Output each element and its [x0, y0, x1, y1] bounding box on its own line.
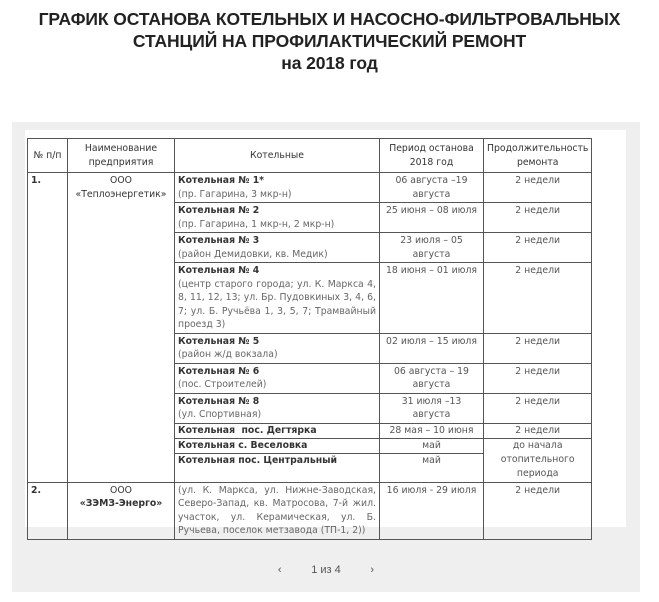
chevron-right-icon: › [370, 564, 374, 576]
document-viewer: № п/п Наименование предприятия Котельные… [12, 122, 640, 592]
header-boilers: Котельные [175, 139, 380, 173]
duration-cell: 2 недели [484, 333, 592, 363]
header-period: Период останова 2018 год [380, 139, 484, 173]
boiler-cell: Котельная пос. Дегтярка [175, 423, 380, 438]
period-cell: 28 мая – 10 июня [380, 423, 484, 438]
schedule-table: № п/п Наименование предприятия Котельные… [27, 138, 592, 540]
duration-cell: 2 недели [484, 263, 592, 334]
duration-cell: 2 недели [484, 233, 592, 263]
pagination: ‹ 1 из 4 › [12, 558, 640, 578]
period-cell: май [380, 438, 484, 453]
document-page: № п/п Наименование предприятия Котельные… [25, 130, 626, 527]
period-cell: 23 июля – 05 августа [380, 233, 484, 263]
boiler-address: (центр старого города; ул. К. Маркса 4, … [178, 278, 376, 332]
chevron-left-icon: ‹ [278, 564, 282, 576]
duration-cell: до начала отопительного периода [484, 438, 592, 482]
document-title: ГРАФИК ОСТАНОВА КОТЕЛЬНЫХ И НАСОСНО-ФИЛЬ… [0, 8, 659, 74]
page-indicator: 1 из 4 [311, 564, 341, 576]
boiler-address: (ул. Спортивная) [178, 408, 376, 422]
duration-cell: 2 недели [484, 482, 592, 539]
title-line-2: СТАНЦИЙ НА ПРОФИЛАКТИЧЕСКИЙ РЕМОНТ [0, 30, 659, 52]
duration-cell: 2 недели [484, 203, 592, 233]
org-title: «ЗЭМЗ-Энерго» [71, 497, 171, 511]
boiler-name: Котельная № 4 [178, 264, 376, 278]
organization-name: ООО «ЗЭМЗ-Энерго» [68, 482, 175, 539]
row-number: 1. [28, 173, 68, 483]
boiler-address: (район ж/д вокзала) [178, 348, 376, 362]
period-cell: 25 июня – 08 июля [380, 203, 484, 233]
duration-cell: 2 недели [484, 363, 592, 393]
boiler-cell: Котельная № 4 (центр старого города; ул.… [175, 263, 380, 334]
table-row: 2. ООО «ЗЭМЗ-Энерго» (ул. К. Маркса, ул.… [28, 482, 592, 539]
boiler-address: (ул. К. Маркса, ул. Нижне-Заводская, Сев… [178, 484, 376, 538]
duration-cell: 2 недели [484, 423, 592, 438]
title-line-3: на 2018 год [0, 52, 659, 74]
boiler-address: (пос. Строителей) [178, 378, 376, 392]
boiler-name: Котельная № 5 [178, 335, 376, 349]
period-cell: май [380, 453, 484, 482]
period-cell: 02 июля – 15 июля [380, 333, 484, 363]
boiler-name: Котельная пос. Дегтярка [178, 424, 376, 438]
period-cell: 06 августа –19 августа [380, 173, 484, 203]
org-type: ООО [71, 484, 171, 498]
boiler-name: Котельная № 1* [178, 174, 376, 188]
table-row: 1. ООО «Теплоэнергетик» Котельная № 1* (… [28, 173, 592, 203]
boiler-cell: Котельная № 3 (район Демидовки, кв. Меди… [175, 233, 380, 263]
prev-page-button[interactable]: ‹ [269, 558, 291, 581]
boiler-address: (район Демидовки, кв. Медик) [178, 248, 376, 262]
boiler-cell: Котельная пос. Центральный [175, 453, 380, 482]
org-type: ООО [71, 174, 171, 188]
boiler-name: Котельная № 2 [178, 204, 376, 218]
period-cell: 06 августа – 19 августа [380, 363, 484, 393]
boiler-address: (пр. Гагарина, 1 мкр-н, 2 мкр-н) [178, 218, 376, 232]
row-number: 2. [28, 482, 68, 539]
boiler-cell: Котельная с. Веселовка [175, 438, 380, 453]
duration-cell: 2 недели [484, 393, 592, 423]
boiler-name: Котельная с. Веселовка [178, 439, 376, 453]
period-cell: 18 июня – 01 июля [380, 263, 484, 334]
boiler-name: Котельная № 8 [178, 395, 376, 409]
boiler-cell: (ул. К. Маркса, ул. Нижне-Заводская, Сев… [175, 482, 380, 539]
title-line-1: ГРАФИК ОСТАНОВА КОТЕЛЬНЫХ И НАСОСНО-ФИЛЬ… [0, 8, 659, 30]
period-cell: 16 июля - 29 июля [380, 482, 484, 539]
header-number: № п/п [28, 139, 68, 173]
period-cell: 31 июля –13 августа [380, 393, 484, 423]
boiler-name: Котельная пос. Центральный [178, 454, 376, 468]
table-header-row: № п/п Наименование предприятия Котельные… [28, 139, 592, 173]
org-title: «Теплоэнергетик» [71, 188, 171, 202]
boiler-cell: Котельная № 8 (ул. Спортивная) [175, 393, 380, 423]
boiler-name: Котельная № 6 [178, 365, 376, 379]
header-duration: Продолжительность ремонта [484, 139, 592, 173]
boiler-cell: Котельная № 1* (пр. Гагарина, 3 мкр-н) [175, 173, 380, 203]
boiler-name: Котельная № 3 [178, 234, 376, 248]
boiler-cell: Котельная № 5 (район ж/д вокзала) [175, 333, 380, 363]
boiler-cell: Котельная № 2 (пр. Гагарина, 1 мкр-н, 2 … [175, 203, 380, 233]
duration-cell: 2 недели [484, 173, 592, 203]
boiler-cell: Котельная № 6 (пос. Строителей) [175, 363, 380, 393]
organization-name: ООО «Теплоэнергетик» [68, 173, 175, 483]
header-organization: Наименование предприятия [68, 139, 175, 173]
boiler-address: (пр. Гагарина, 3 мкр-н) [178, 188, 376, 202]
next-page-button[interactable]: › [361, 558, 383, 581]
